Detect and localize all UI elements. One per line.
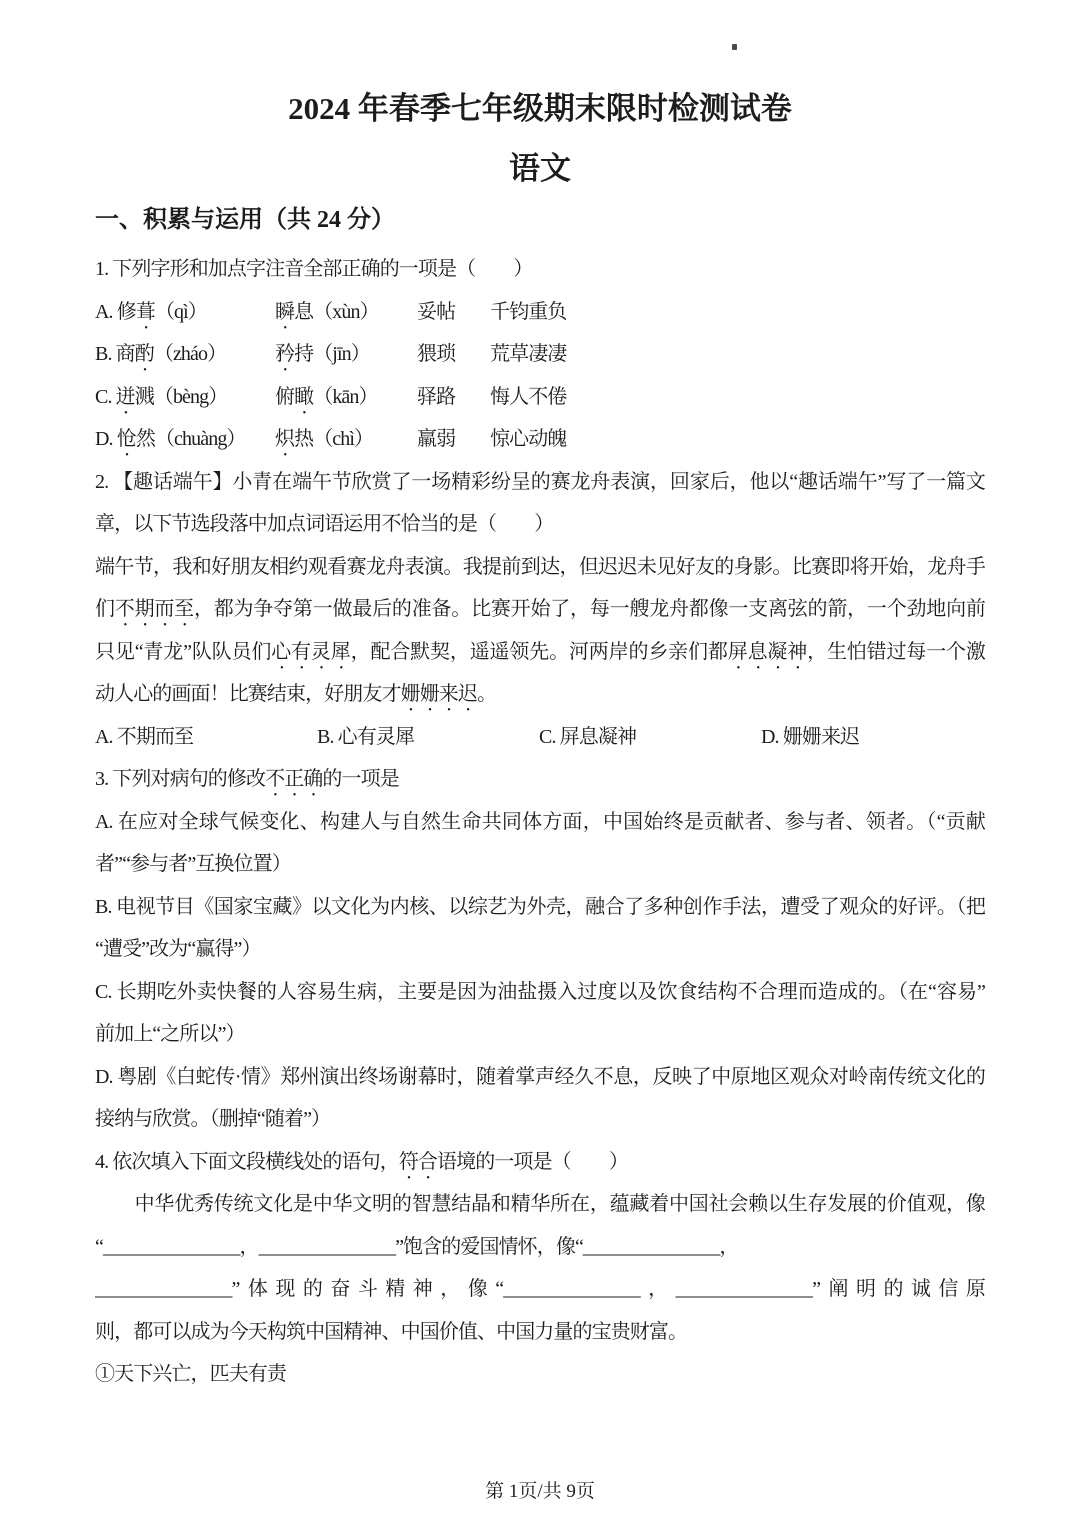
emphasized-text: 瞰 [294,386,313,408]
q1-a-word4: 千钧重负 [490,291,985,334]
q3-option-c-line1: C. 长期吃外卖快餐的人容易生病，主要是因为油盐摄入过度以及饮食结构不合理而造成… [95,971,985,1014]
q1-b-word2: 矜持（jīn） [275,333,417,376]
emphasized-text: 姗姗来迟 [401,683,477,705]
text-segment: 动人心的画面！比赛结束，好朋友才 [95,683,401,705]
q1-c-word3: 驿路 [417,376,490,419]
emphasized-text: 怆 [117,428,136,450]
q2-option-a: A. 不期而至 [95,716,317,759]
q3-option-b-line2: “遭受”改为“赢得”） [95,928,985,971]
emphasized-text: 矜 [275,343,294,365]
emphasized-text: 不期而至 [115,598,194,620]
emphasized-text: 心有灵犀 [271,641,350,663]
q1-d-word3: 羸弱 [417,418,490,461]
q1-b-word1: B. 商酌（zháo） [95,333,275,376]
q2-passage-line3: 只见“青龙”队队员们心有灵犀，配合默契，遥遥领先。河两岸的乡亲们都屏息凝神，生怕… [95,631,985,674]
text-segment: 3. 下列对病句的修改 [95,768,265,790]
q1-b-word3: 猥琐 [417,333,490,376]
q2-stem-line1: 2. 【趣话端午】小青在端午节欣赏了一场精彩纷呈的赛龙舟表演，回家后，他以“趣话… [95,461,985,504]
q1-a-word1: A. 修葺（qì） [95,291,275,334]
q3-option-c-line2: 前加上“之所以”） [95,1013,985,1056]
text-segment: （zháo） [154,343,226,365]
text-segment: A. 修 [95,301,136,323]
emphasized-text: 炽 [275,428,294,450]
q1-d-word4: 惊心动魄 [490,418,985,461]
text-segment: 语境的一项是（ ） [437,1151,628,1173]
q1-b-word4: 荒草凄凄 [490,333,985,376]
text-segment: 然（chuàng） [136,428,246,450]
q2-option-d: D. 姗姗来迟 [761,716,985,759]
text-segment: 溅（bèng） [135,386,228,408]
q3-stem: 3. 下列对病句的修改不正确的一项是 [95,758,985,801]
q3-option-d-line1: D. 粤剧《白蛇传·情》郑州演出终场谢幕时，随着掌声经久不息，反映了中原地区观众… [95,1056,985,1099]
q1-d-word1: D. 怆然（chuàng） [95,418,275,461]
q4-passage-line4: 则，都可以成为今天构筑中国精神、中国价值、中国力量的宝贵财富。 [95,1311,985,1354]
text-segment: 。 [477,683,496,705]
q1-option-row-a: A. 修葺（qì） 瞬息（xùn） 妥帖 千钧重负 [95,291,985,334]
q4-choice-item-1: ①天下兴亡，匹夫有责 [95,1353,985,1396]
exam-title: 2024 年春季七年级期末限时检测试卷 [95,88,985,130]
q3-option-a-line1: A. 在应对全球气候变化、构建人与自然生命共同体方面，中国始终是贡献者、参与者、… [95,801,985,844]
text-segment: ，都为争夺第一做最后的准备。比赛开始了，每一艘龙舟都像一支离弦的箭，一个劲地向前… [95,598,985,631]
exam-body: 1. 下列字形和加点字注音全部正确的一项是（ ） A. 修葺（qì） 瞬息（xù… [95,248,985,1396]
emphasized-text: 瞬 [275,301,294,323]
q1-c-word1: C. 迸溅（bèng） [95,376,275,419]
q1-stem: 1. 下列字形和加点字注音全部正确的一项是（ ） [95,248,985,291]
emphasized-text: 酌 [135,343,154,365]
text-segment: 的一项是 [322,768,398,790]
text-segment: 热（chì） [294,428,373,450]
text-segment: ，生怕错过每一个激 [807,641,985,663]
q1-c-word4: 悔人不倦 [490,376,985,419]
emphasized-text: 葺 [136,301,155,323]
q2-options-row: A. 不期而至 B. 心有灵犀 C. 屏息凝神 D. 姗姗来迟 [95,716,985,759]
text-segment: C. [95,386,116,408]
exam-paper-page: 2024 年春季七年级期末限时检测试卷 语文 一、积累与运用（共 24 分） 1… [0,0,1080,1526]
q4-passage-line3-blanks: _______________”体现的奋斗精神，像“______________… [95,1268,985,1311]
q1-a-word2: 瞬息（xùn） [275,291,417,334]
text-segment: 4. 依次填入下面文段横线处的语句， [95,1151,399,1173]
page-number: 第 1页/共 9页 [95,1478,985,1506]
text-segment: （kān） [313,386,377,408]
q3-option-d-line2: 接纳与欣赏。（删掉“随着”） [95,1098,985,1141]
q1-option-row-b: B. 商酌（zháo） 矜持（jīn） 猥琐 荒草凄凄 [95,333,985,376]
emphasized-text: 屏息凝神 [728,641,807,663]
scan-artifact-dot [732,44,737,50]
subject-title: 语文 [95,148,985,190]
q1-c-word2: 俯瞰（kān） [275,376,417,419]
emphasized-text: 符合 [399,1151,437,1173]
q2-option-b: B. 心有灵犀 [317,716,539,759]
q2-passage-line1: 端午节，我和好朋友相约观看赛龙舟表演。我提前到达，但迟迟未见好友的身影。比赛即将… [95,546,985,589]
q2-passage-line2: 们不期而至，都为争夺第一做最后的准备。比赛开始了，每一艘龙舟都像一支离弦的箭，一… [95,588,985,631]
q1-d-word2: 炽热（chì） [275,418,417,461]
q1-option-row-d: D. 怆然（chuàng） 炽热（chì） 羸弱 惊心动魄 [95,418,985,461]
text-segment: D. [95,428,117,450]
text-segment: B. 商 [95,343,135,365]
text-segment: ，配合默契，遥遥领先。河两岸的乡亲们都 [351,641,728,663]
q1-option-row-c: C. 迸溅（bèng） 俯瞰（kān） 驿路 悔人不倦 [95,376,985,419]
q2-option-c: C. 屏息凝神 [539,716,761,759]
emphasized-text: 迸 [116,386,135,408]
q4-passage-line2-blanks: “_______________，_______________”饱含的爱国情怀… [95,1226,985,1269]
section-heading: 一、积累与运用（共 24 分） [95,202,985,238]
q3-option-a-line2: 者”“参与者”互换位置） [95,843,985,886]
q3-option-b-line1: B. 电视节目《国家宝藏》以文化为内核、以综艺为外壳，融合了多种创作手法，遭受了… [95,886,985,929]
text-segment: （qì） [155,301,207,323]
q2-stem-line2: 章，以下节选段落中加点词语运用不恰当的是（ ） [95,503,985,546]
text-segment: 只见“青龙”队队员们 [95,641,271,663]
text-segment: 持（jīn） [294,343,370,365]
q4-stem: 4. 依次填入下面文段横线处的语句，符合语境的一项是（ ） [95,1141,985,1184]
q4-passage-line1: 中华优秀传统文化是中华文明的智慧结晶和精华所在，蕴藏着中国社会赖以生存发展的价值… [95,1183,985,1226]
text-segment: 俯 [275,386,294,408]
text-segment: 们 [95,598,115,620]
q1-a-word3: 妥帖 [417,291,490,334]
emphasized-text: 不正确 [265,768,322,790]
q2-passage-line4: 动人心的画面！比赛结束，好朋友才姗姗来迟。 [95,673,985,716]
text-segment: 息（xùn） [294,301,379,323]
